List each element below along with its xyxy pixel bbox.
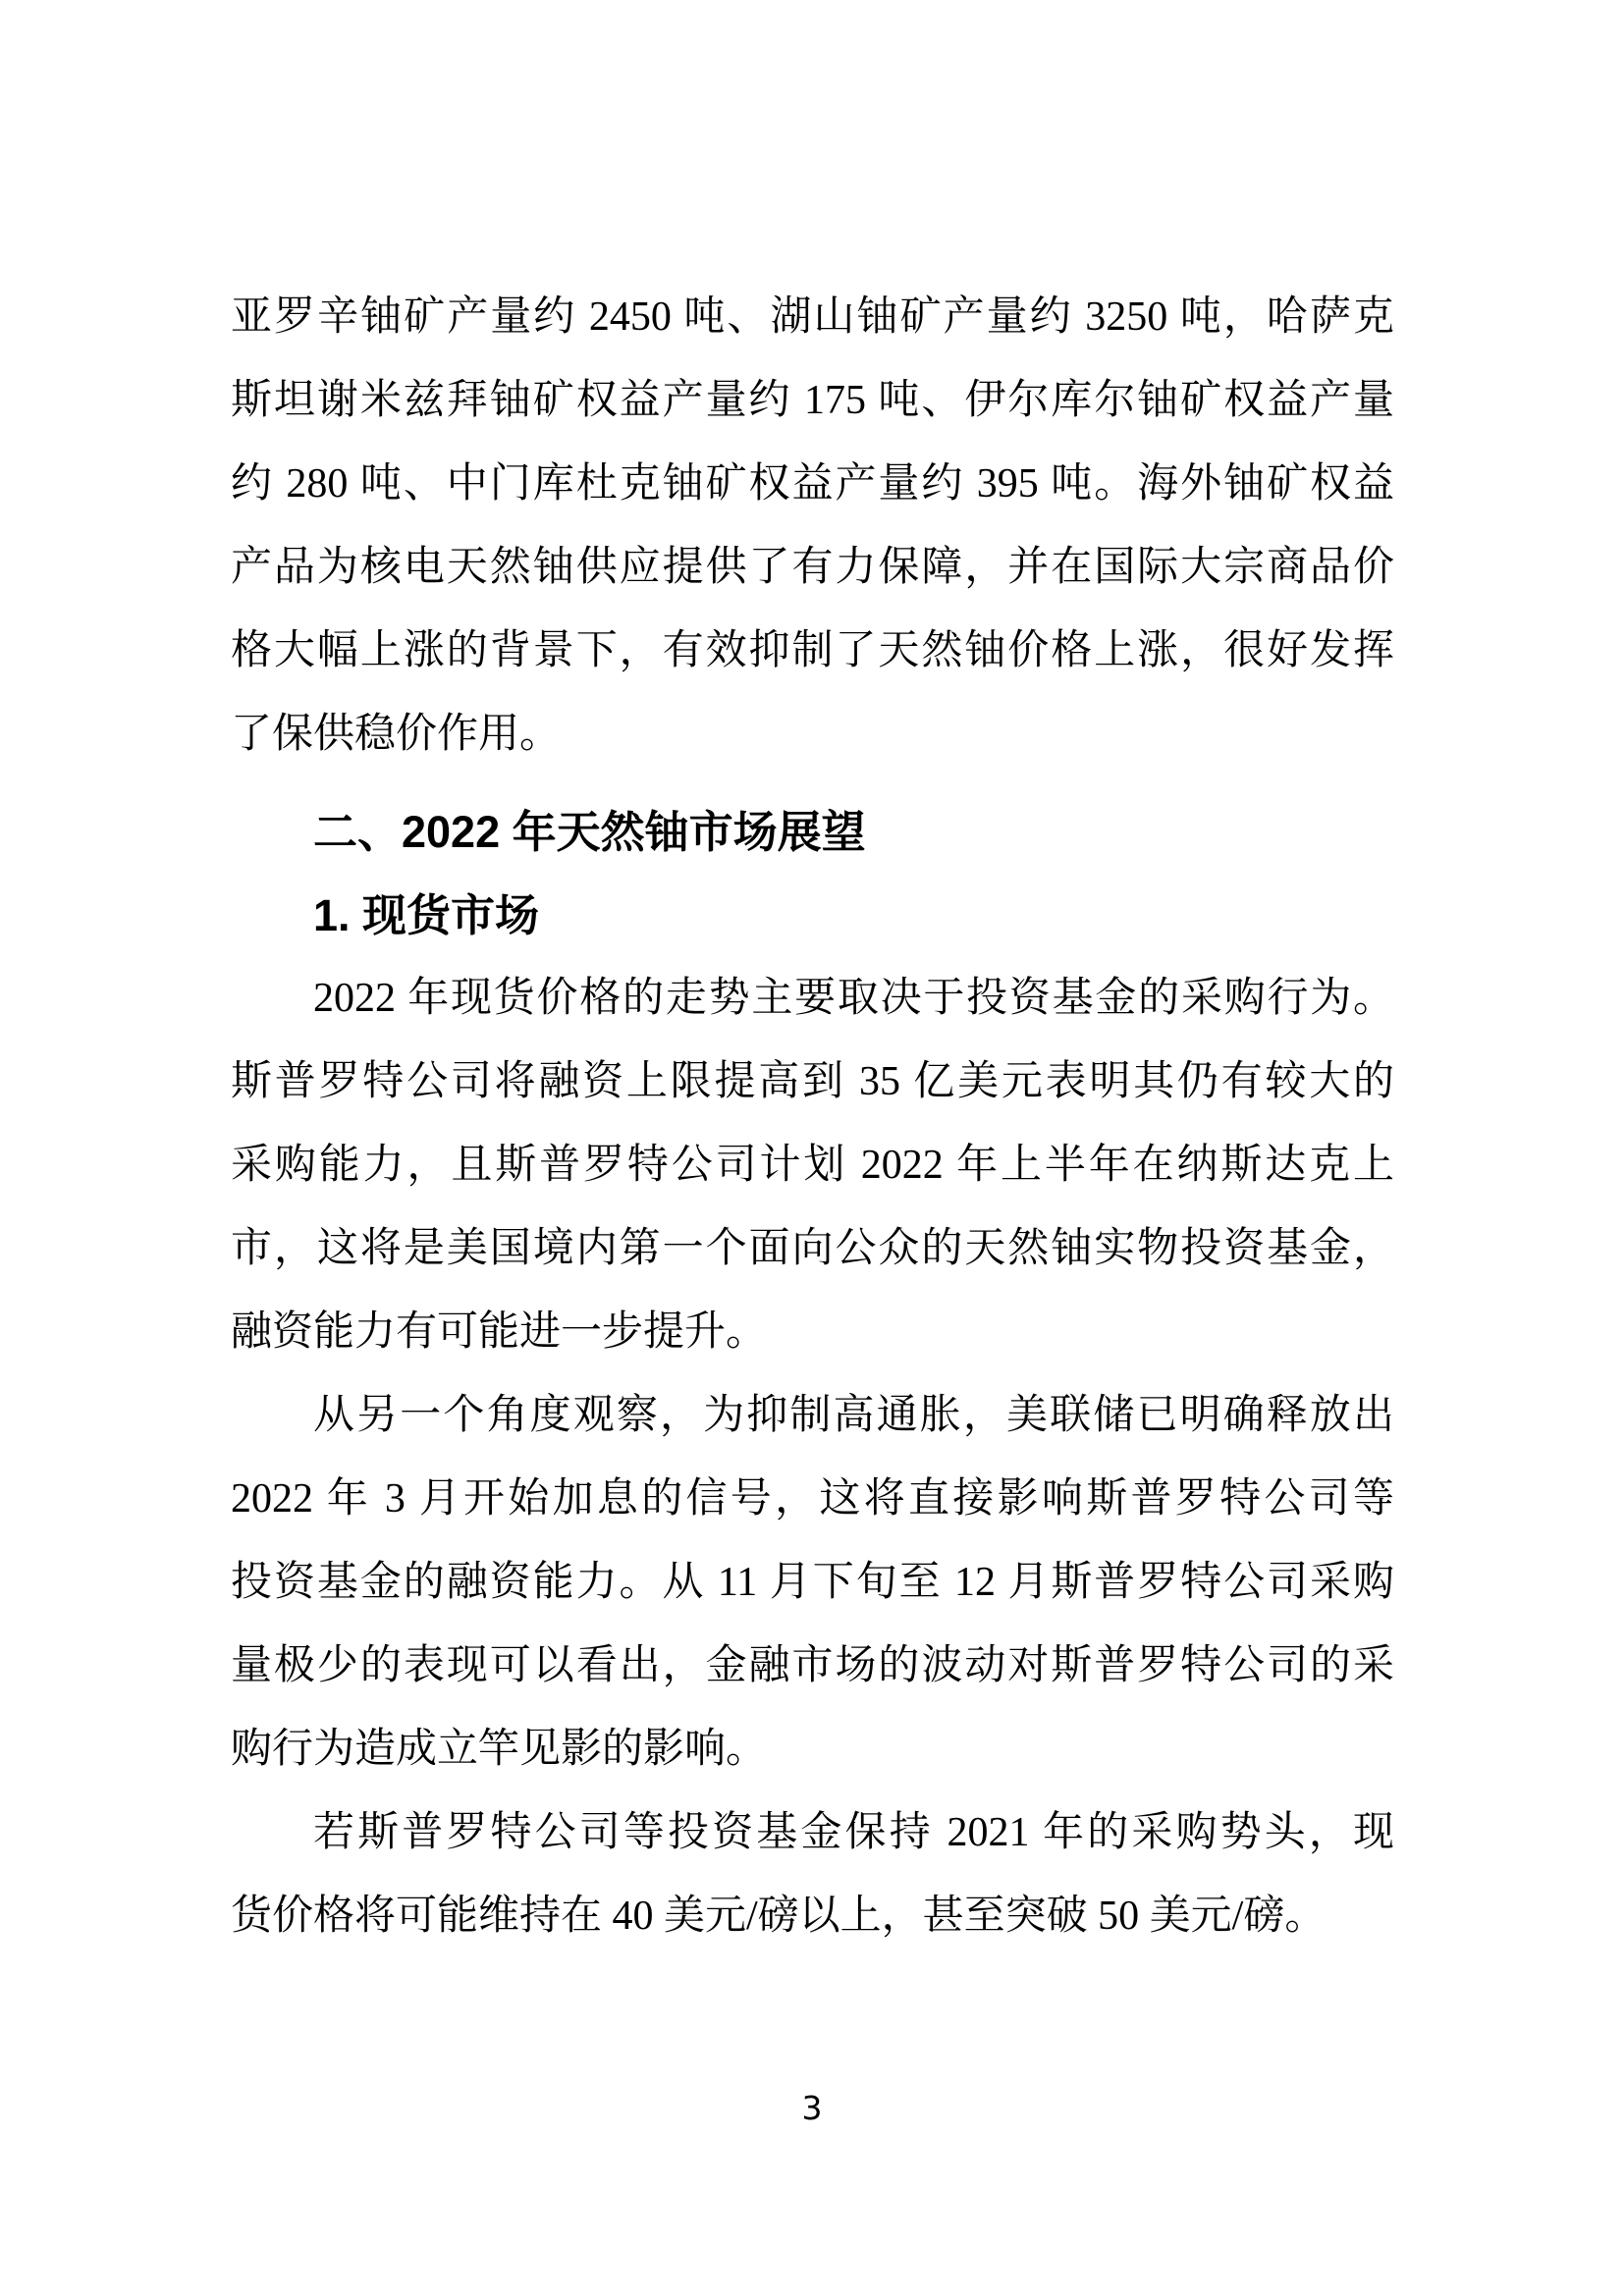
heading-text: 二、2022 年天然铀市场展望 [231,790,1394,874]
text-line: 投资基金的融资能力。从 11 月下旬至 12 月斯普罗特公司采购 [231,1541,1394,1625]
heading-text: 1. 现货市场 [231,874,1394,957]
page-number: 3 [802,2089,823,2127]
text-line: 斯普罗特公司将融资上限提高到 35 亿美元表明其仍有较大的 [231,1041,1394,1124]
text-line: 亚罗辛铀矿产量约 2450 吨、湖山铀矿产量约 3250 吨，哈萨克 [231,276,1394,359]
text-line: 若斯普罗特公司等投资基金保持 2021 年的采购势头，现 [231,1791,1394,1875]
text-line: 格大幅上涨的背景下，有效抑制了天然铀价格上涨，很好发挥 [231,610,1394,693]
text-line: 采购能力，且斯普罗特公司计划 2022 年上半年在纳斯达克上 [231,1124,1394,1207]
text-line: 货价格将可能维持在 40 美元/磅以上，甚至突破 50 美元/磅。 [231,1875,1394,1958]
text-line: 购行为造成立竿见影的影响。 [231,1708,1394,1791]
sub-heading: 1. 现货市场 [231,874,1394,957]
page-footer: 3 [0,2085,1624,2132]
paragraph: 若斯普罗特公司等投资基金保持 2021 年的采购势头，现货价格将可能维持在 40… [231,1791,1394,1958]
document-content: 亚罗辛铀矿产量约 2450 吨、湖山铀矿产量约 3250 吨，哈萨克斯坦谢米兹拜… [231,276,1394,1958]
text-line: 了保供稳价作用。 [231,693,1394,776]
section-heading: 二、2022 年天然铀市场展望 [231,790,1394,874]
text-line: 产品为核电天然铀供应提供了有力保障，并在国际大宗商品价 [231,526,1394,610]
text-line: 2022 年 3 月开始加息的信号，这将直接影响斯普罗特公司等 [231,1458,1394,1541]
document-page: { "document": { "language": "zh-CN", "bl… [0,0,1624,2296]
paragraph: 2022 年现货价格的走势主要取决于投资基金的采购行为。斯普罗特公司将融资上限提… [231,957,1394,1374]
text-line: 量极少的表现可以看出，金融市场的波动对斯普罗特公司的采 [231,1625,1394,1708]
text-line: 约 280 吨、中门库杜克铀矿权益产量约 395 吨。海外铀矿权益 [231,443,1394,526]
text-line: 融资能力有可能进一步提升。 [231,1291,1394,1374]
paragraph: 亚罗辛铀矿产量约 2450 吨、湖山铀矿产量约 3250 吨，哈萨克斯坦谢米兹拜… [231,276,1394,776]
text-line: 市，这将是美国境内第一个面向公众的天然铀实物投资基金， [231,1207,1394,1291]
text-line: 2022 年现货价格的走势主要取决于投资基金的采购行为。 [231,957,1394,1041]
text-line: 从另一个角度观察，为抑制高通胀，美联储已明确释放出 [231,1374,1394,1458]
text-line: 斯坦谢米兹拜铀矿权益产量约 175 吨、伊尔库尔铀矿权益产量 [231,359,1394,443]
paragraph: 从另一个角度观察，为抑制高通胀，美联储已明确释放出2022 年 3 月开始加息的… [231,1374,1394,1791]
